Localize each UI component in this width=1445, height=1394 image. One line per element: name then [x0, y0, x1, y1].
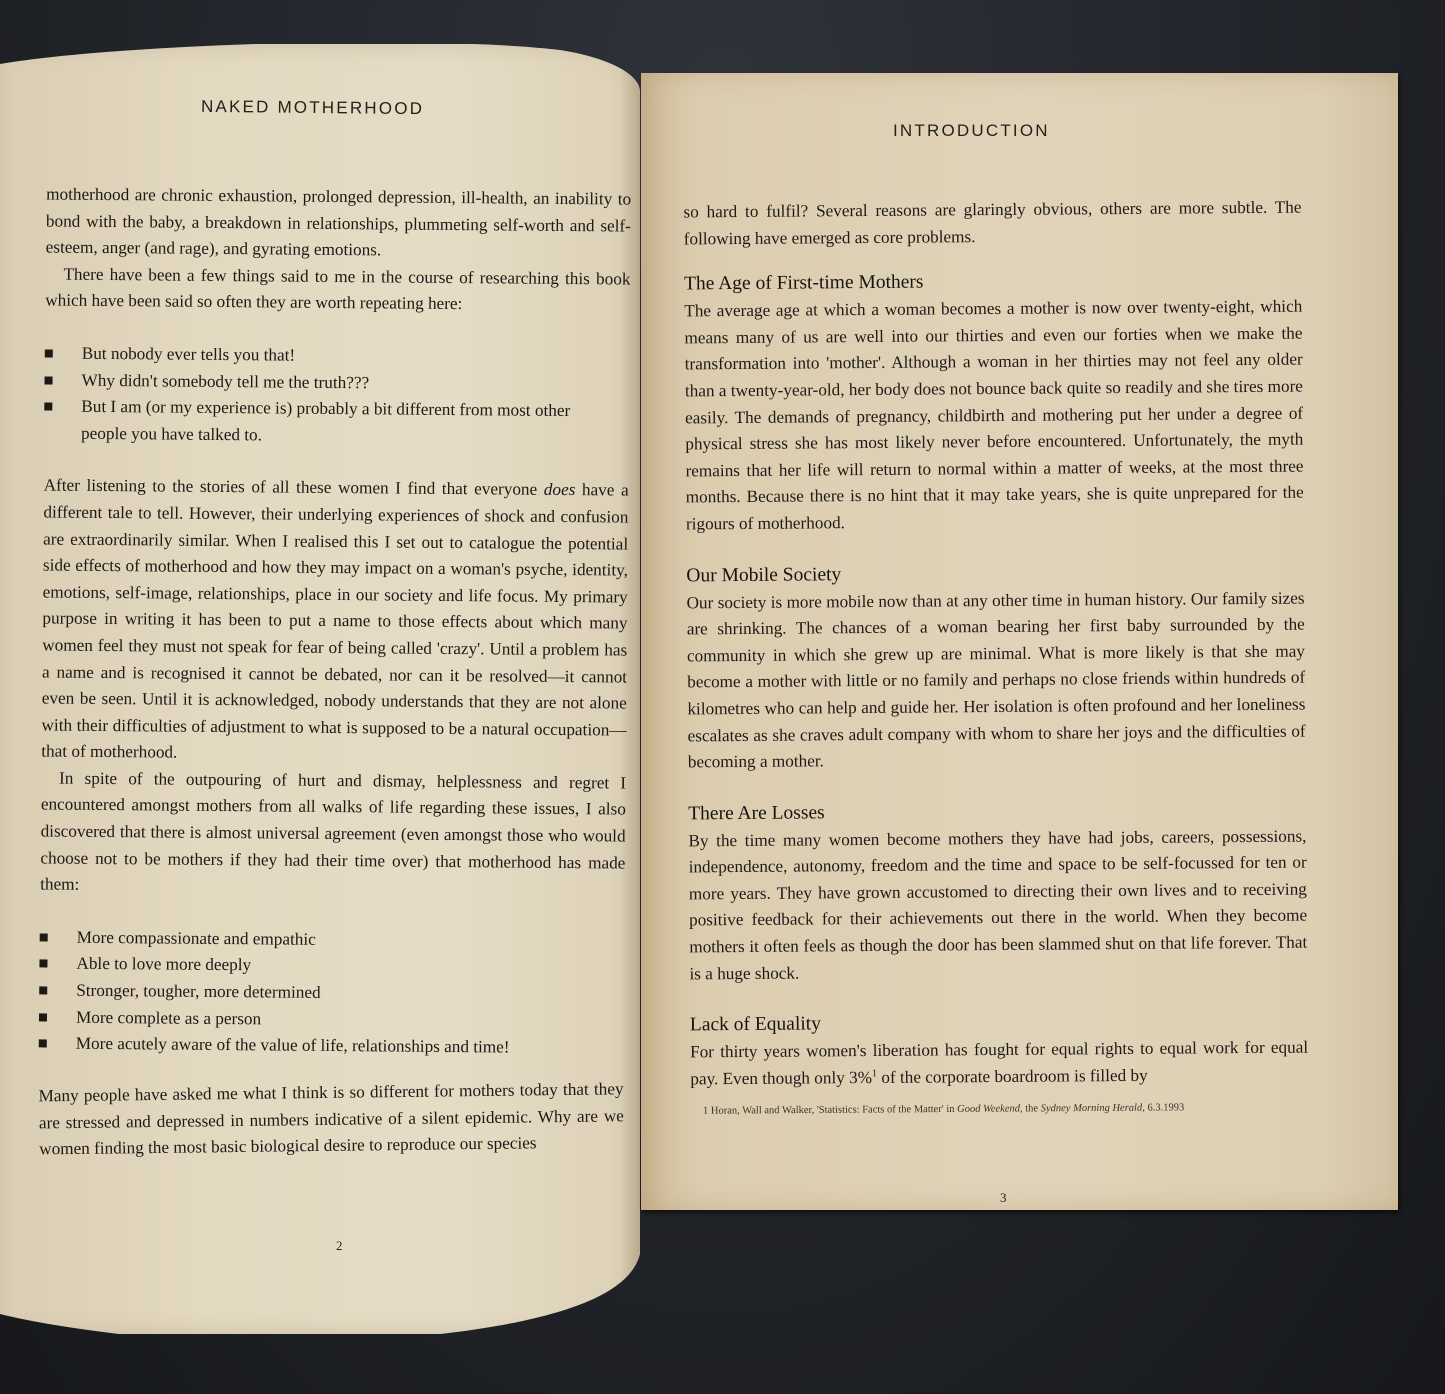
- left-page-number: 2: [336, 1238, 343, 1254]
- section-age-of-first-time-mothers: The Age of First-time Mothers The averag…: [684, 266, 1304, 538]
- square-bullet-icon: [44, 403, 52, 411]
- section-our-mobile-society: Our Mobile Society Our society is more m…: [686, 557, 1306, 776]
- section-lack-of-equality: Lack of Equality For thirty years women'…: [690, 1007, 1309, 1093]
- opening-paragraph: so hard to fulfil? Several reasons are g…: [683, 195, 1301, 253]
- opening-paragraph: motherhood are chronic exhaustion, prolo…: [46, 181, 632, 266]
- right-running-head: INTRODUCTION: [893, 121, 1050, 141]
- right-page-number: 3: [1000, 1190, 1007, 1206]
- list-item: But I am (or my experience is) probably …: [44, 394, 604, 452]
- square-bullet-icon: [45, 376, 53, 384]
- closing-paragraph: Many people have asked me what I think i…: [38, 1076, 624, 1163]
- section-there-are-losses: There Are Losses By the time many women …: [688, 795, 1307, 987]
- paragraph: In spite of the outpouring of hurt and d…: [40, 765, 626, 903]
- section-body: For thirty years women's liberation has …: [690, 1035, 1308, 1093]
- square-bullet-icon: [39, 1040, 47, 1048]
- square-bullet-icon: [39, 960, 47, 968]
- left-running-head: NAKED MOTHERHOOD: [201, 97, 424, 119]
- right-page-body: so hard to fulfil? Several reasons are g…: [683, 195, 1308, 1117]
- section-body: The average age at which a woman becomes…: [684, 294, 1304, 538]
- square-bullet-icon: [39, 986, 47, 994]
- paragraph: After listening to the stories of all th…: [41, 473, 629, 771]
- quotes-list: But nobody ever tells you that! Why didn…: [44, 340, 605, 451]
- left-page-body: motherhood are chronic exhaustion, prolo…: [38, 181, 632, 1168]
- square-bullet-icon: [39, 1013, 47, 1021]
- list-item: More acutely aware of the value of life,…: [39, 1031, 624, 1063]
- section-body: Our society is more mobile now than at a…: [686, 585, 1305, 776]
- benefits-list: More compassionate and empathic Able to …: [39, 924, 625, 1062]
- section-body: By the time many women become mothers th…: [688, 823, 1307, 987]
- square-bullet-icon: [40, 933, 48, 941]
- square-bullet-icon: [45, 349, 53, 357]
- intro-quote-paragraph: There have been a few things said to me …: [45, 261, 630, 319]
